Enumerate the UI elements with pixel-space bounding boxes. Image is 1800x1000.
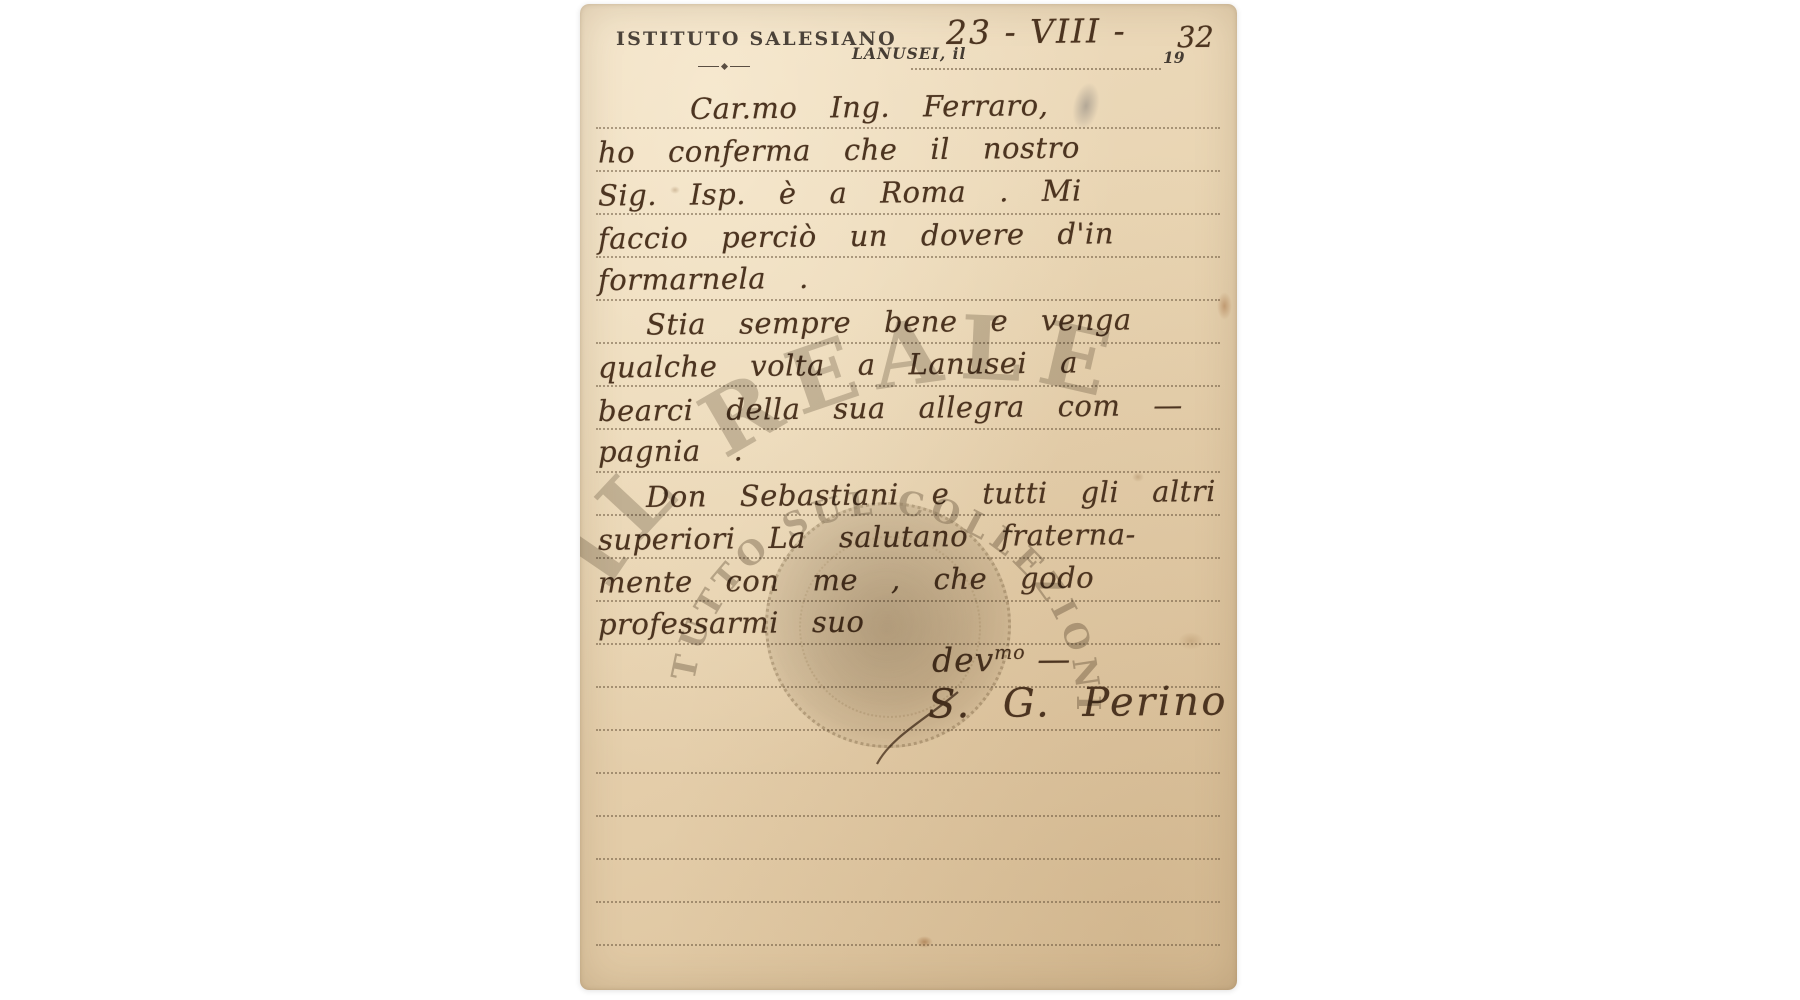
handwriting-line: qualche volta a Lanusei a [598,345,1078,384]
ruled-line [596,901,1220,903]
handwritten-year: 32 [1177,20,1214,54]
handwriting-line: professarmi suo [598,605,865,642]
handwriting-line: bearci della sua allegra com — [598,388,1183,428]
handwritten-signature: S. G. Perino [928,678,1228,727]
handwriting-line: Stia sempre bene e venga [646,302,1132,341]
handwriting-line: Car.mo Ing. Ferraro, [690,88,1049,126]
ruled-line [596,256,1220,258]
handwriting-line: mente con me , che godo [598,560,1094,599]
stain [1178,632,1204,650]
handwriting-line: formarnela . [598,261,809,297]
handwritten-closing: devmo — [932,639,1072,679]
ruled-line [596,170,1220,172]
handwriting-line: faccio perciò un dovere d'in [598,216,1114,255]
handwriting-line: ho conferma che il nostro [598,130,1080,169]
ruled-line [596,772,1220,774]
ruled-line [596,858,1220,860]
handwriting-line: Don Sebastiani e tutti gli altri [646,474,1216,514]
stain [916,936,933,948]
ruled-line [596,600,1220,602]
ruled-line [596,342,1220,344]
ruled-line [596,213,1220,215]
ruled-line [596,815,1220,817]
stain [1217,292,1232,320]
date-dotted-line [911,68,1161,70]
ruled-line [596,428,1220,430]
handwriting-line: superiori La salutano fraterna- [598,517,1136,557]
handwriting-line: Sig. Isp. è a Roma . Mi [598,173,1082,212]
ruled-line [596,729,1220,731]
ruled-line [596,514,1220,516]
ruled-line [596,127,1220,129]
ruled-line [596,944,1220,946]
handwriting-line: pagnia . [598,433,744,469]
postcard: ISTITUTO SALESIANO LANUSEI, il 19 23 - V… [580,4,1237,990]
letterhead-ornament-icon [698,64,750,69]
ruled-line [596,557,1220,559]
ruled-line [596,643,1220,645]
ruled-line [596,385,1220,387]
ruled-line [596,471,1220,473]
ruled-line [596,299,1220,301]
handwritten-date: 23 - VIII - [946,11,1127,52]
stain [1068,80,1103,132]
